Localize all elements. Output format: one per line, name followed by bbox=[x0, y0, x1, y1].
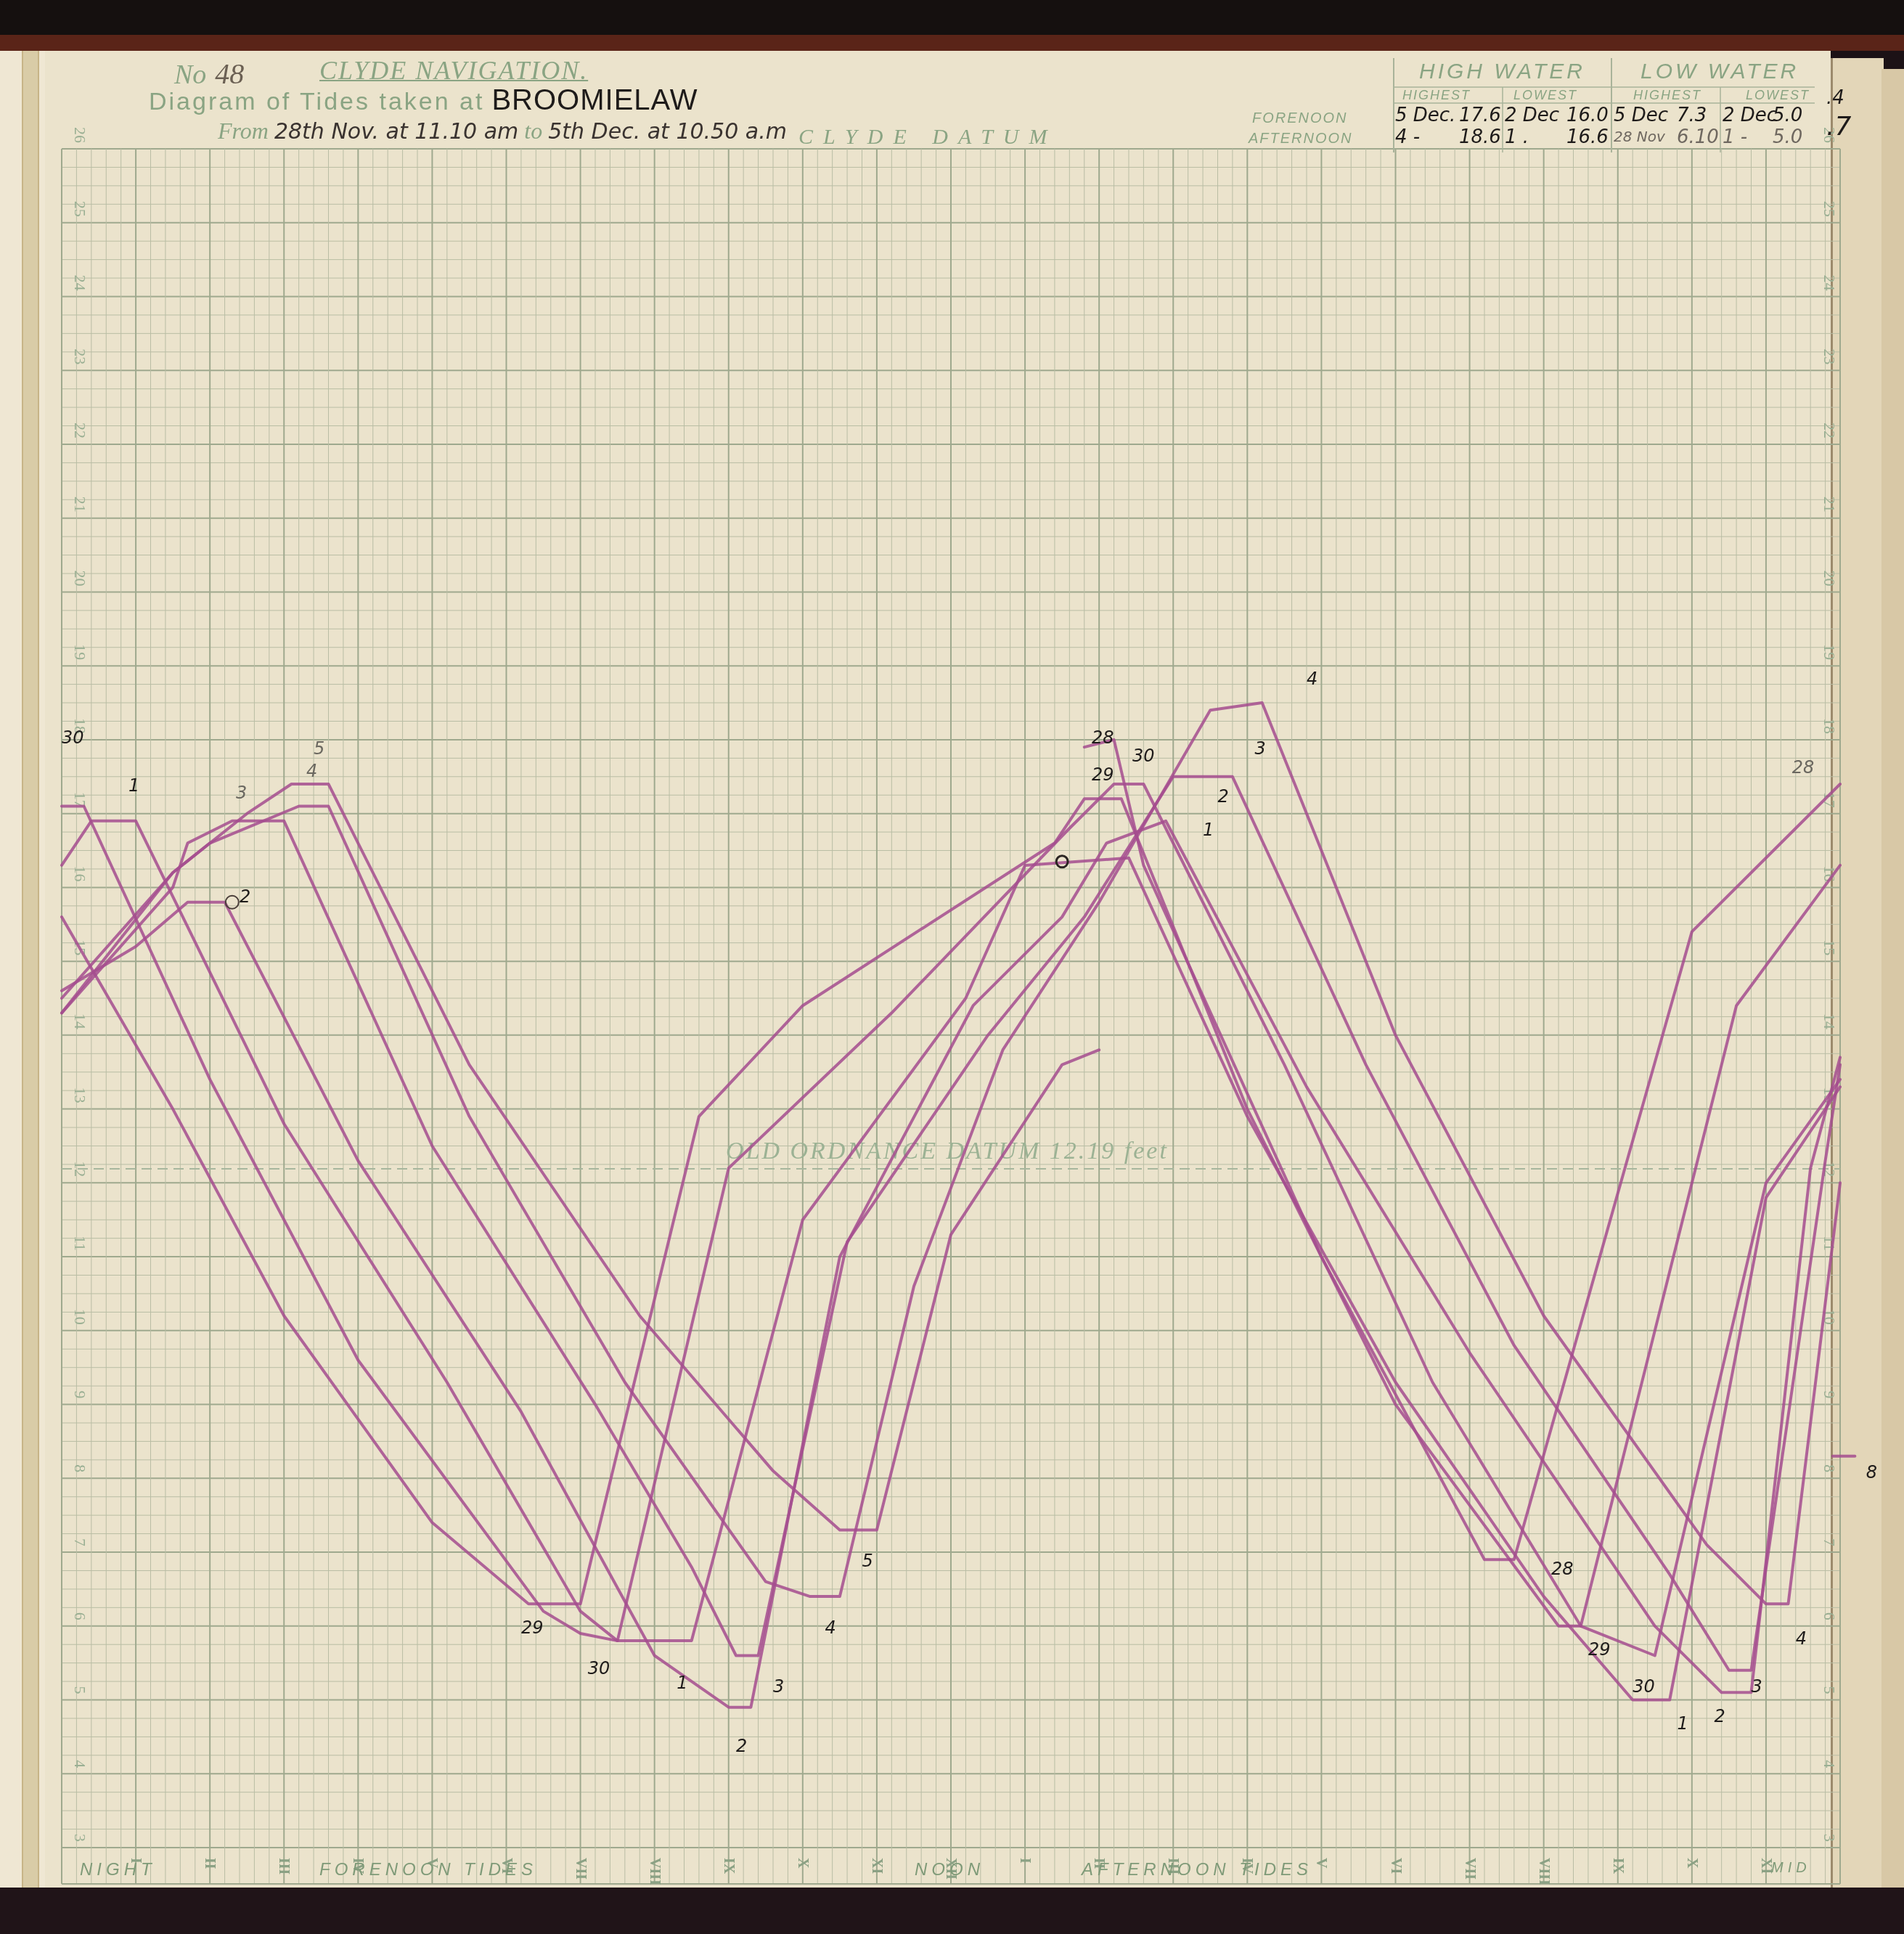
cell: 6.10 bbox=[1677, 126, 1719, 148]
day-label: 5 bbox=[862, 1551, 873, 1571]
x-tick-label: XI bbox=[869, 1858, 885, 1874]
day-label: 29 bbox=[521, 1617, 544, 1638]
y-tick-label: 25 bbox=[1821, 201, 1839, 217]
y-tick-label: 23 bbox=[71, 348, 89, 364]
cell: 5.0 bbox=[1773, 105, 1802, 126]
cell: 2 Dec bbox=[1505, 105, 1559, 126]
margin-note: .7 bbox=[1826, 112, 1851, 142]
day-label: 3 bbox=[1255, 738, 1266, 759]
y-tick-label: 15 bbox=[1821, 939, 1839, 955]
y-tick-label: 11 bbox=[1821, 1236, 1839, 1251]
y-tick-label: 11 bbox=[71, 1236, 89, 1251]
y-tick-label: 24 bbox=[71, 274, 89, 290]
y-tick-label: 18 bbox=[1821, 718, 1839, 734]
day-label: 30 bbox=[1633, 1676, 1655, 1697]
x-tick-label: III bbox=[276, 1858, 292, 1875]
day-label: 28 bbox=[1551, 1559, 1574, 1579]
cell: 5 Dec bbox=[1614, 105, 1668, 126]
day-label: 28 bbox=[1792, 757, 1815, 778]
x-tick-label: II bbox=[202, 1858, 218, 1869]
day-label: 4 bbox=[306, 761, 317, 781]
low-water-heading: LOW WATER bbox=[1641, 60, 1799, 84]
day-label: 28 bbox=[1092, 727, 1114, 748]
y-tick-label: 8 bbox=[71, 1464, 89, 1472]
day-label: 30 bbox=[588, 1658, 610, 1678]
cell: 4 - bbox=[1395, 126, 1420, 148]
y-tick-label: 9 bbox=[71, 1391, 89, 1399]
day-label: 1 bbox=[1203, 820, 1214, 840]
y-tick-label: 20 bbox=[71, 570, 89, 586]
place-name: BROOMIELAW bbox=[491, 84, 698, 116]
day-label: 1 bbox=[1677, 1713, 1688, 1734]
subtitle-text: Diagram of Tides taken at bbox=[149, 88, 484, 115]
y-tick-label: 25 bbox=[71, 201, 89, 217]
y-tick-label: 14 bbox=[71, 1013, 89, 1029]
y-tick-label: 7 bbox=[71, 1538, 89, 1546]
y-tick-label: 5 bbox=[1821, 1686, 1839, 1694]
x-tick-label: IX bbox=[1610, 1858, 1626, 1874]
cell: 16.0 bbox=[1566, 105, 1609, 126]
cell: 5 Dec. bbox=[1395, 105, 1455, 126]
x-tick-label: VI bbox=[1388, 1858, 1404, 1874]
y-tick-label: 9 bbox=[1821, 1391, 1839, 1399]
footer-mid: MID bbox=[1771, 1860, 1811, 1877]
y-tick-label: 3 bbox=[71, 1834, 89, 1842]
y-tick-label: 19 bbox=[71, 644, 89, 660]
diagram-subtitle: Diagram of Tides taken atBROOMIELAW bbox=[149, 84, 698, 117]
x-tick-label: X bbox=[795, 1858, 811, 1869]
circle-mark bbox=[226, 896, 239, 909]
y-tick-label: 22 bbox=[71, 423, 89, 438]
day-label: 29 bbox=[1092, 764, 1114, 785]
y-tick-label: 16 bbox=[71, 865, 89, 881]
y-tick-label: 4 bbox=[1821, 1760, 1839, 1768]
x-tick-label: VIII bbox=[647, 1858, 663, 1885]
ordnance-datum-label: OLD ORDNANCE DATUM 12.19 feet bbox=[726, 1138, 1169, 1164]
day-label: 3 bbox=[236, 783, 247, 803]
cell: 7.3 bbox=[1677, 105, 1707, 126]
from-label: From bbox=[218, 118, 269, 144]
x-tick-label: X bbox=[1684, 1858, 1700, 1869]
y-tick-label: 23 bbox=[1821, 348, 1839, 364]
footer-forenoon-tides: FORENOON TIDES bbox=[319, 1860, 537, 1880]
x-tick-label: IX bbox=[721, 1858, 737, 1874]
day-label: 1 bbox=[128, 775, 139, 796]
y-tick-label: 6 bbox=[1821, 1612, 1839, 1620]
cell: 1 - bbox=[1723, 126, 1747, 148]
y-tick-label: 8 bbox=[1821, 1464, 1839, 1472]
x-tick-label: VIII bbox=[1536, 1858, 1552, 1885]
x-tick-label: V bbox=[1313, 1858, 1329, 1869]
subhead-lw-lowest: LOWEST bbox=[1746, 88, 1810, 103]
day-label: 29 bbox=[1588, 1639, 1611, 1660]
y-tick-label: 4 bbox=[71, 1760, 89, 1768]
day-label: 2 bbox=[1218, 786, 1229, 807]
subhead-lw-highest: HIGHEST bbox=[1633, 88, 1701, 103]
day-label: 30 bbox=[1132, 746, 1155, 766]
day-label: 2 bbox=[736, 1736, 747, 1756]
day-labels: 301345229301234529283012342829301234288 bbox=[62, 669, 1877, 1756]
row-label-afternoon: AFTERNOON bbox=[1249, 131, 1353, 147]
y-tick-label: 7 bbox=[1821, 1538, 1839, 1546]
high-water-heading: HIGH WATER bbox=[1419, 60, 1585, 84]
subhead-hw-highest: HIGHEST bbox=[1402, 88, 1471, 103]
y-tick-label: 3 bbox=[1821, 1834, 1839, 1842]
y-tick-label: 22 bbox=[1821, 423, 1839, 438]
y-tick-label: 10 bbox=[71, 1309, 89, 1325]
date-range: From 28th Nov. at 11.10 am to 5th Dec. a… bbox=[218, 118, 787, 144]
day-label: 3 bbox=[1752, 1676, 1762, 1697]
x-tick-label: I bbox=[1017, 1858, 1033, 1864]
y-tick-label: 13 bbox=[71, 1088, 89, 1103]
y-tick-label: 26 bbox=[71, 127, 89, 143]
to-value: 5th Dec. at 10.50 a.m bbox=[548, 119, 787, 144]
day-label: 3 bbox=[773, 1676, 784, 1697]
day-label: 2 bbox=[240, 886, 250, 907]
y-tick-label: 20 bbox=[1821, 570, 1839, 586]
day-label: 1 bbox=[677, 1673, 687, 1693]
day-label: 2 bbox=[1714, 1706, 1725, 1726]
y-tick-label: 14 bbox=[1821, 1013, 1839, 1029]
cell: 17.6 bbox=[1459, 105, 1501, 126]
footer-night: NIGHT bbox=[80, 1860, 156, 1880]
margin-note: .4 bbox=[1826, 87, 1844, 109]
page-title: CLYDE NAVIGATION. bbox=[319, 55, 588, 86]
to-label: to bbox=[524, 118, 542, 144]
day-label: 4 bbox=[1307, 669, 1317, 689]
y-tick-label: 19 bbox=[1821, 644, 1839, 660]
x-tick-label: VII bbox=[573, 1858, 589, 1880]
subhead-hw-lowest: LOWEST bbox=[1513, 88, 1577, 103]
y-tick-label: 24 bbox=[1821, 274, 1839, 290]
footer-afternoon-tides: AFTERNOON TIDES bbox=[1082, 1860, 1312, 1880]
tide-chart: 3344556677889910101111121213131414151516… bbox=[0, 0, 1904, 1934]
datum-label: CLYDE DATUM bbox=[798, 125, 1058, 150]
summary-table: HIGH WATER LOW WATER HIGHEST LOWEST HIGH… bbox=[1219, 58, 1815, 152]
footer-noon: NOON bbox=[915, 1860, 984, 1880]
from-value: 28th Nov. at 11.10 am bbox=[274, 119, 518, 144]
day-label: 30 bbox=[62, 727, 84, 748]
y-tick-label: 6 bbox=[71, 1612, 89, 1620]
cell: 18.6 bbox=[1459, 126, 1501, 148]
cell: 1 . bbox=[1505, 126, 1529, 148]
y-tick-label: 21 bbox=[71, 497, 89, 513]
y-tick-label: 21 bbox=[1821, 497, 1839, 513]
tide-curves bbox=[62, 703, 1855, 1707]
tide-curve-28 bbox=[1084, 740, 1840, 1559]
x-tick-label: VII bbox=[1462, 1858, 1478, 1880]
cell: 2 Dec bbox=[1723, 105, 1777, 126]
row-label-forenoon: FORENOON bbox=[1252, 110, 1348, 127]
day-label: 8 bbox=[1866, 1462, 1877, 1482]
cell: 28 Nov bbox=[1614, 128, 1665, 145]
cell: 16.6 bbox=[1566, 126, 1609, 148]
day-label: 4 bbox=[1796, 1628, 1807, 1649]
cell: 5.0 bbox=[1773, 126, 1802, 148]
day-label: 4 bbox=[825, 1617, 835, 1638]
day-label: 5 bbox=[314, 738, 324, 759]
y-tick-label: 5 bbox=[71, 1686, 89, 1694]
